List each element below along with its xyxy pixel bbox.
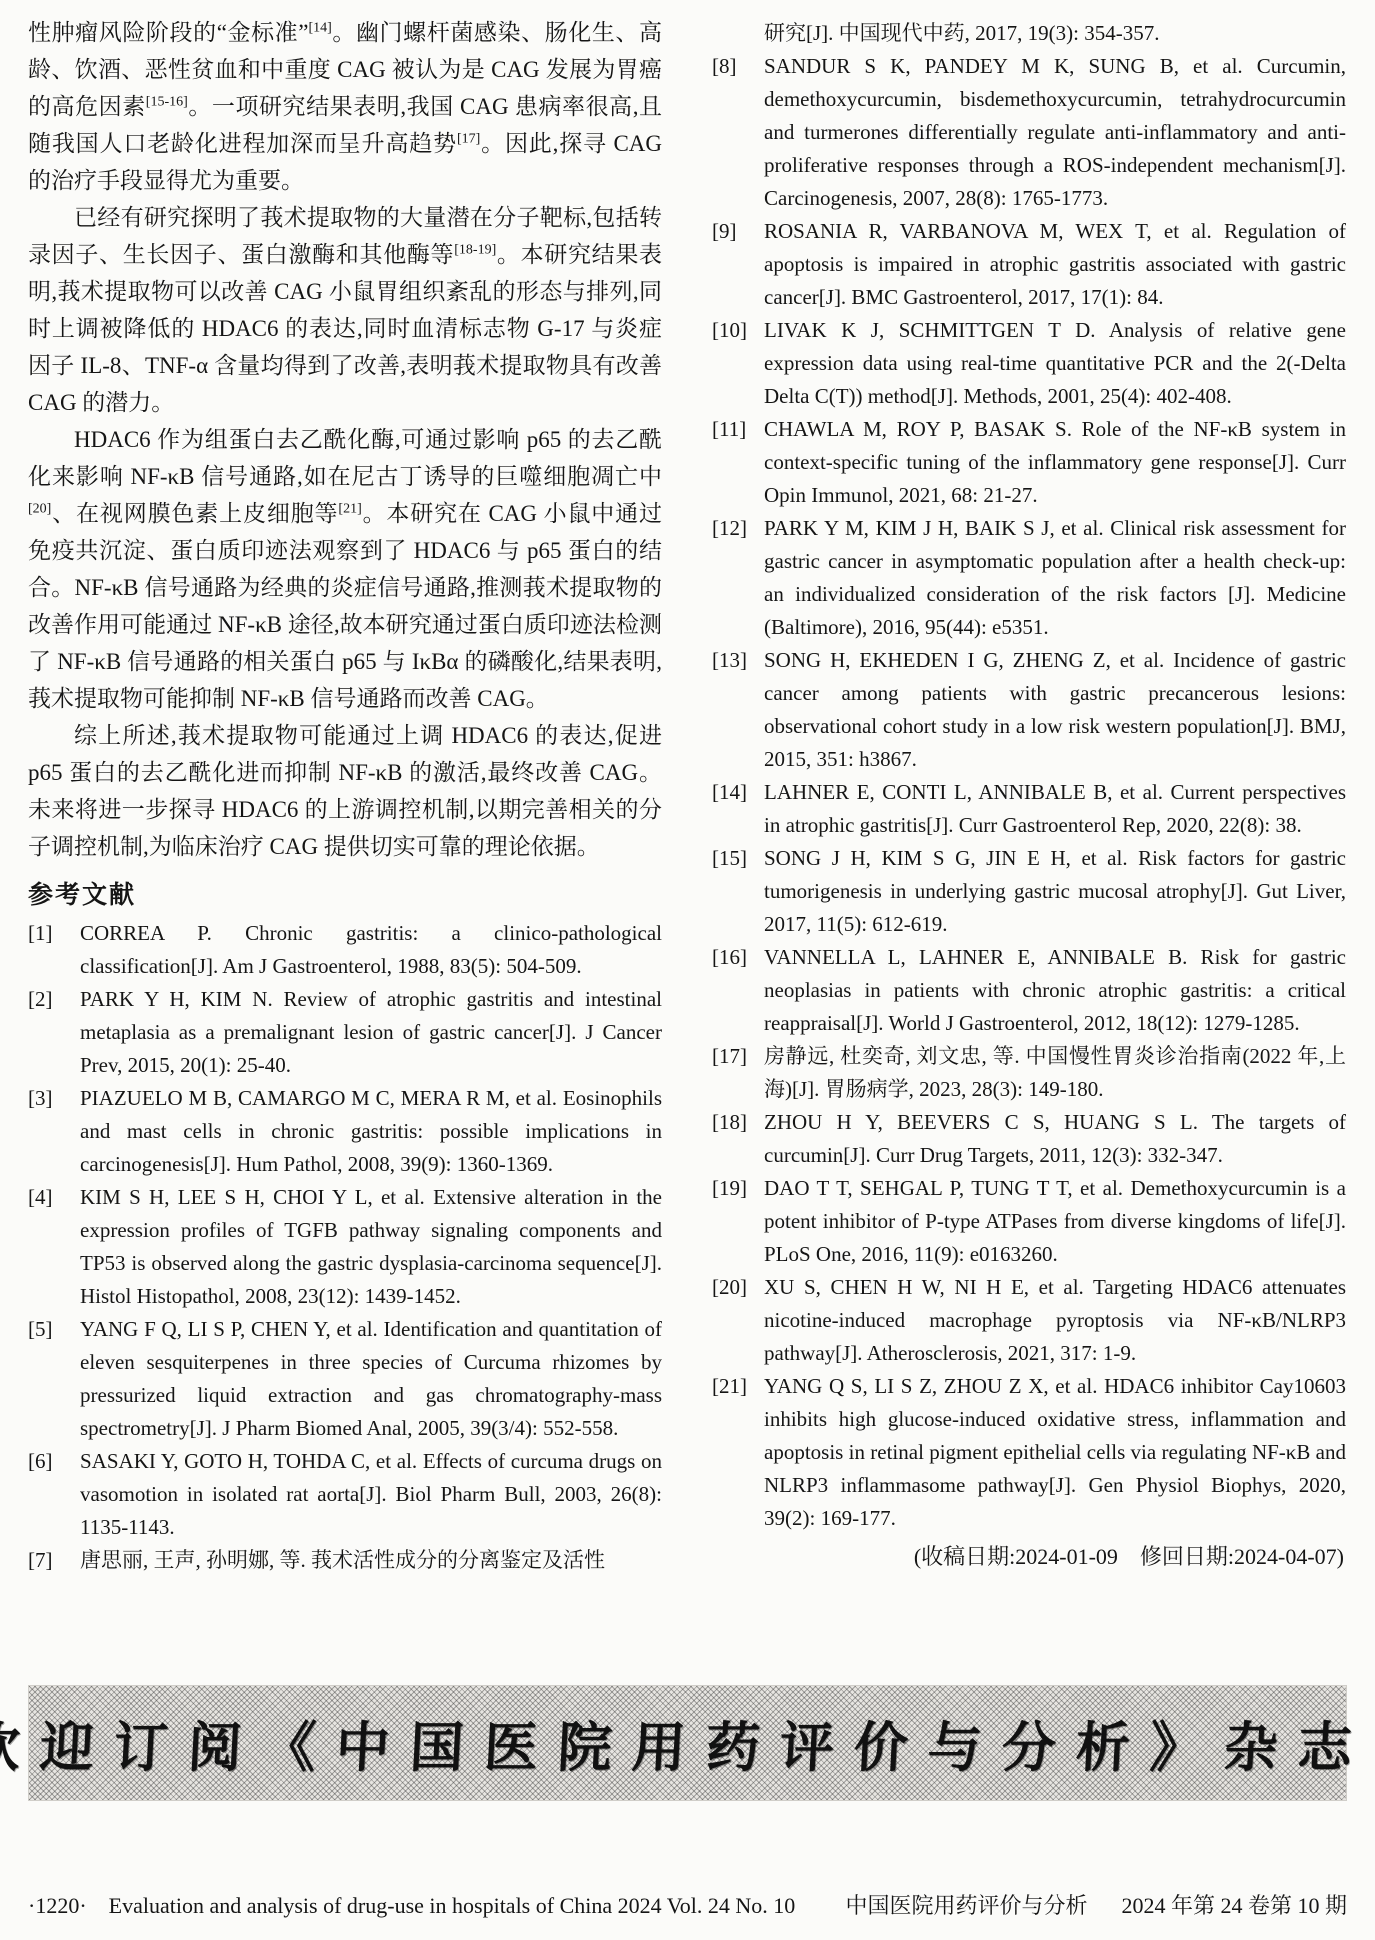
reference-number: [2] (28, 983, 53, 1016)
reference-item: [9]ROSANIA R, VARBANOVA M, WEX T, et al.… (712, 215, 1346, 314)
reference-number: [7] (28, 1544, 53, 1577)
paragraph: 综上所述,莪术提取物可能通过上调 HDAC6 的表达,促进 p65 蛋白的去乙酰… (28, 717, 662, 865)
reference-item: [12]PARK Y M, KIM J H, BAIK S J, et al. … (712, 512, 1346, 644)
reference-text: ZHOU H Y, BEEVERS C S, HUANG S L. The ta… (764, 1110, 1346, 1167)
reference-item: [21]YANG Q S, LI S Z, ZHOU Z X, et al. H… (712, 1370, 1346, 1535)
reference-text: PARK Y H, KIM N. Review of atrophic gast… (80, 987, 662, 1077)
footer-journal-cn: 中国医院用药评价与分析 (845, 1889, 1087, 1920)
reference-text: SONG J H, KIM S G, JIN E H, et al. Risk … (764, 846, 1346, 936)
received-revised-dates: (收稿日期:2024-01-09 修回日期:2024-04-07) (712, 1539, 1346, 1575)
reference-number: [11] (712, 413, 746, 446)
reference-number: [18] (712, 1106, 747, 1139)
reference-text: ROSANIA R, VARBANOVA M, WEX T, et al. Re… (764, 219, 1346, 309)
reference-text: SASAKI Y, GOTO H, TOHDA C, et al. Effect… (80, 1449, 662, 1539)
page-footer: ·1220· Evaluation and analysis of drug-u… (28, 1889, 1347, 1920)
reference-text: LAHNER E, CONTI L, ANNIBALE B, et al. Cu… (764, 780, 1346, 837)
citation-superscript: [21] (338, 501, 361, 516)
reference-item: [6]SASAKI Y, GOTO H, TOHDA C, et al. Eff… (28, 1445, 662, 1544)
reference-number: [17] (712, 1040, 747, 1073)
references-list-right: [8]SANDUR S K, PANDEY M K, SUNG B, et al… (712, 50, 1346, 1535)
reference-text: YANG F Q, LI S P, CHEN Y, et al. Identif… (80, 1317, 662, 1440)
reference-item: [1]CORREA P. Chronic gastritis: a clinic… (28, 917, 662, 983)
reference-item: [19]DAO T T, SEHGAL P, TUNG T T, et al. … (712, 1172, 1346, 1271)
reference-number: [21] (712, 1370, 747, 1403)
two-column-layout: 性肿瘤风险阶段的“金标准”[14]。幽门螺杆菌感染、肠化生、高龄、饮酒、恶性贫血… (28, 14, 1347, 1577)
citation-superscript: [17] (457, 131, 480, 146)
page-bottom: 欢迎订阅《中国医院用药评价与分析》杂志! ·1220· Evaluation a… (28, 1685, 1347, 1920)
page-number: ·1220· (28, 1893, 87, 1919)
citation-superscript: [18-19] (454, 242, 496, 257)
footer-right-group: 中国医院用药评价与分析 2024 年第 24 卷第 10 期 (845, 1889, 1347, 1920)
reference-item: [13]SONG H, EKHEDEN I G, ZHENG Z, et al.… (712, 644, 1346, 776)
reference-7-continuation: 研究[J]. 中国现代中药, 2017, 19(3): 354-357. (712, 16, 1346, 50)
reference-text: SANDUR S K, PANDEY M K, SUNG B, et al. C… (764, 54, 1346, 210)
references-list-left: [1]CORREA P. Chronic gastritis: a clinic… (28, 917, 662, 1577)
reference-item: [14]LAHNER E, CONTI L, ANNIBALE B, et al… (712, 776, 1346, 842)
paragraph: HDAC6 作为组蛋白去乙酰化酶,可通过影响 p65 的去乙酰化来影响 NF-κ… (28, 421, 662, 717)
reference-text: 房静远, 杜奕奇, 刘文忠, 等. 中国慢性胃炎诊治指南(2022 年,上海)[… (764, 1044, 1346, 1101)
reference-number: [3] (28, 1082, 53, 1115)
subscription-banner-text: 欢迎订阅《中国医院用药评价与分析》杂志! (0, 1705, 1375, 1782)
reference-text: 唐思丽, 王声, 孙明娜, 等. 莪术活性成分的分离鉴定及活性 (80, 1548, 605, 1572)
reference-number: [20] (712, 1271, 747, 1304)
reference-number: [8] (712, 50, 737, 83)
reference-text: PARK Y M, KIM J H, BAIK S J, et al. Clin… (764, 516, 1346, 639)
reference-number: [1] (28, 917, 53, 950)
reference-number: [6] (28, 1445, 53, 1478)
citation-superscript: [20] (28, 501, 51, 516)
right-column: 研究[J]. 中国现代中药, 2017, 19(3): 354-357. [8]… (712, 14, 1346, 1577)
reference-text: SONG H, EKHEDEN I G, ZHENG Z, et al. Inc… (764, 648, 1346, 771)
reference-text: DAO T T, SEHGAL P, TUNG T T, et al. Deme… (764, 1176, 1346, 1266)
reference-text: PIAZUELO M B, CAMARGO M C, MERA R M, et … (80, 1086, 662, 1176)
reference-text: VANNELLA L, LAHNER E, ANNIBALE B. Risk f… (764, 945, 1346, 1035)
reference-item: [17]房静远, 杜奕奇, 刘文忠, 等. 中国慢性胃炎诊治指南(2022 年,… (712, 1040, 1346, 1106)
footer-journal-en: Evaluation and analysis of drug-use in h… (109, 1893, 796, 1919)
reference-item: [10]LIVAK K J, SCHMITTGEN T D. Analysis … (712, 314, 1346, 413)
left-column: 性肿瘤风险阶段的“金标准”[14]。幽门螺杆菌感染、肠化生、高龄、饮酒、恶性贫血… (28, 14, 662, 1577)
reference-item: [16]VANNELLA L, LAHNER E, ANNIBALE B. Ri… (712, 941, 1346, 1040)
reference-item: [7]唐思丽, 王声, 孙明娜, 等. 莪术活性成分的分离鉴定及活性 (28, 1544, 662, 1577)
references-heading: 参考文献 (28, 875, 662, 911)
footer-issue-cn: 2024 年第 24 卷第 10 期 (1121, 1889, 1347, 1920)
reference-number: [9] (712, 215, 737, 248)
reference-text: CORREA P. Chronic gastritis: a clinico-p… (80, 921, 662, 978)
reference-item: [15]SONG J H, KIM S G, JIN E H, et al. R… (712, 842, 1346, 941)
paragraph: 性肿瘤风险阶段的“金标准”[14]。幽门螺杆菌感染、肠化生、高龄、饮酒、恶性贫血… (28, 14, 662, 199)
reference-number: [4] (28, 1181, 53, 1214)
reference-item: [11]CHAWLA M, ROY P, BASAK S. Role of th… (712, 413, 1346, 512)
reference-text: KIM S H, LEE S H, CHOI Y L, et al. Exten… (80, 1185, 662, 1308)
reference-item: [20]XU S, CHEN H W, NI H E, et al. Targe… (712, 1271, 1346, 1370)
reference-number: [14] (712, 776, 747, 809)
reference-text: YANG Q S, LI S Z, ZHOU Z X, et al. HDAC6… (764, 1374, 1346, 1530)
citation-superscript: [14] (308, 20, 331, 35)
reference-number: [13] (712, 644, 747, 677)
reference-number: [16] (712, 941, 747, 974)
reference-text: CHAWLA M, ROY P, BASAK S. Role of the NF… (764, 417, 1346, 507)
body-paragraphs: 性肿瘤风险阶段的“金标准”[14]。幽门螺杆菌感染、肠化生、高龄、饮酒、恶性贫血… (28, 14, 662, 865)
reference-number: [15] (712, 842, 747, 875)
reference-number: [5] (28, 1313, 53, 1346)
reference-number: [19] (712, 1172, 747, 1205)
paragraph: 已经有研究探明了莪术提取物的大量潜在分子靶标,包括转录因子、生长因子、蛋白激酶和… (28, 199, 662, 421)
reference-number: [12] (712, 512, 747, 545)
reference-item: [4]KIM S H, LEE S H, CHOI Y L, et al. Ex… (28, 1181, 662, 1313)
citation-superscript: [15-16] (146, 94, 188, 109)
journal-page: 性肿瘤风险阶段的“金标准”[14]。幽门螺杆菌感染、肠化生、高龄、饮酒、恶性贫血… (0, 0, 1375, 1940)
reference-item: [3]PIAZUELO M B, CAMARGO M C, MERA R M, … (28, 1082, 662, 1181)
reference-number: [10] (712, 314, 747, 347)
reference-text: XU S, CHEN H W, NI H E, et al. Targeting… (764, 1275, 1346, 1365)
reference-item: [5]YANG F Q, LI S P, CHEN Y, et al. Iden… (28, 1313, 662, 1445)
reference-text: LIVAK K J, SCHMITTGEN T D. Analysis of r… (764, 318, 1346, 408)
subscription-banner: 欢迎订阅《中国医院用药评价与分析》杂志! (28, 1685, 1347, 1801)
reference-item: [18]ZHOU H Y, BEEVERS C S, HUANG S L. Th… (712, 1106, 1346, 1172)
reference-item: [8]SANDUR S K, PANDEY M K, SUNG B, et al… (712, 50, 1346, 215)
reference-item: [2]PARK Y H, KIM N. Review of atrophic g… (28, 983, 662, 1082)
